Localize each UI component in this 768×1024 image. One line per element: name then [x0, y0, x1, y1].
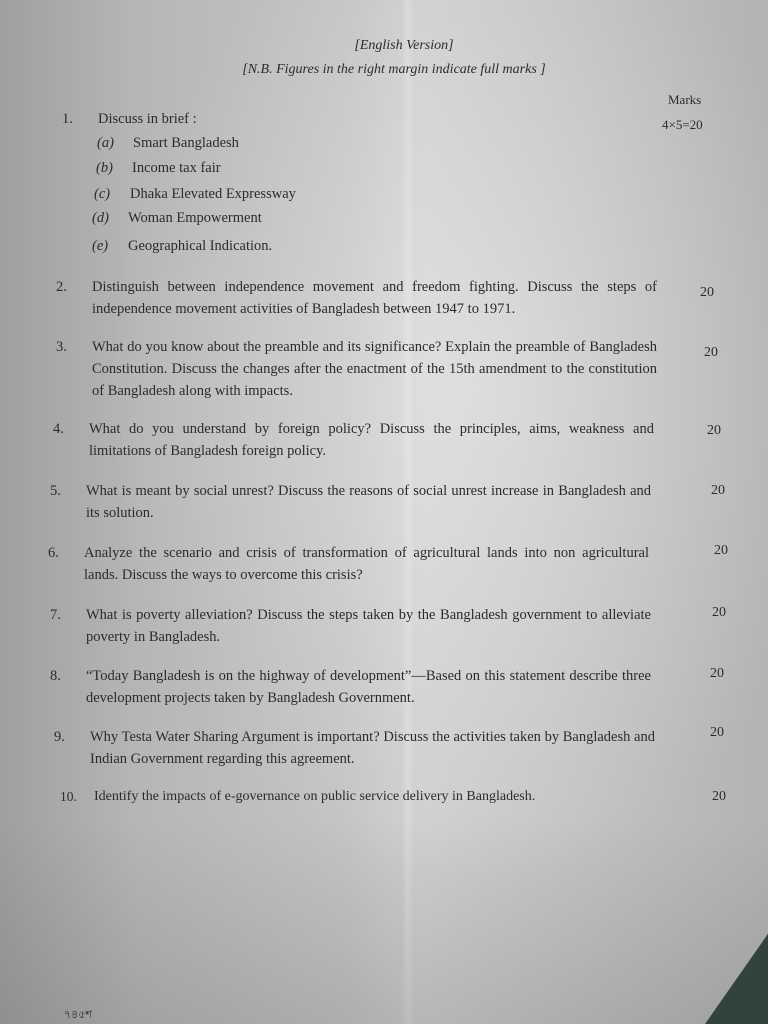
subitem-label: (c): [94, 186, 130, 203]
question-text: What is poverty alleviation? Discuss the…: [86, 604, 651, 648]
subitem: (e)Geographical Indication.: [92, 238, 272, 255]
question-text: What do you know about the preamble and …: [92, 336, 657, 402]
language-version-heading: [English Version]: [20, 38, 768, 54]
question-number: 4.: [53, 418, 64, 440]
subitem-text: Woman Empowerment: [128, 210, 262, 226]
subitem-text: Dhaka Elevated Expressway: [130, 186, 296, 202]
question-marks: 20: [710, 722, 724, 744]
question-marks: 20: [712, 786, 726, 808]
question-text: Analyze the scenario and crisis of trans…: [84, 542, 649, 586]
question-marks: 20: [710, 663, 724, 685]
question-number: 3.: [56, 336, 67, 358]
question-text: What do you understand by foreign policy…: [89, 418, 654, 462]
question-text: “Today Bangladesh is on the highway of d…: [86, 665, 651, 709]
question-number: 10.: [60, 786, 77, 808]
subitem-label: (b): [96, 160, 132, 177]
question-marks: 20: [707, 420, 721, 442]
subitem-text: Income tax fair: [132, 160, 221, 176]
question-number: 2.: [56, 276, 67, 298]
subitem: (d)Woman Empowerment: [92, 210, 262, 227]
question-marks: 20: [711, 480, 725, 502]
question-marks: 20: [700, 282, 714, 304]
question-text: What is meant by social unrest? Discuss …: [86, 480, 651, 524]
subitem: (a)Smart Bangladesh: [97, 135, 239, 152]
marks-note: [N.B. Figures in the right margin indica…: [10, 62, 768, 78]
question-number: 7.: [50, 604, 61, 626]
subitem-label: (e): [92, 238, 128, 255]
question-number: 6.: [48, 542, 59, 564]
question-number: 8.: [50, 665, 61, 687]
question-text: Identify the impacts of e-governance on …: [94, 786, 659, 808]
question-number: 5.: [50, 480, 61, 502]
question-text: Discuss in brief :: [98, 108, 663, 130]
question-number: 9.: [54, 726, 65, 748]
question-number: 1.: [62, 108, 73, 130]
page-code: ৭৪৫শ: [64, 1006, 92, 1024]
paper-shadow: [0, 820, 768, 1024]
question-marks: 4×5=20: [662, 117, 703, 133]
subitem-label: (a): [97, 135, 133, 152]
question-text: Distinguish between independence movemen…: [92, 276, 657, 320]
subitem-label: (d): [92, 210, 128, 227]
marks-column-heading: Marks: [668, 92, 701, 108]
question-marks: 20: [714, 540, 728, 562]
question-marks: 20: [704, 342, 718, 364]
subitem: (b)Income tax fair: [96, 160, 221, 177]
subitem-text: Smart Bangladesh: [133, 135, 239, 151]
subitem-text: Geographical Indication.: [128, 238, 272, 254]
question-text: Why Testa Water Sharing Argument is impo…: [90, 726, 655, 770]
subitem: (c)Dhaka Elevated Expressway: [94, 186, 296, 203]
question-marks: 20: [712, 602, 726, 624]
